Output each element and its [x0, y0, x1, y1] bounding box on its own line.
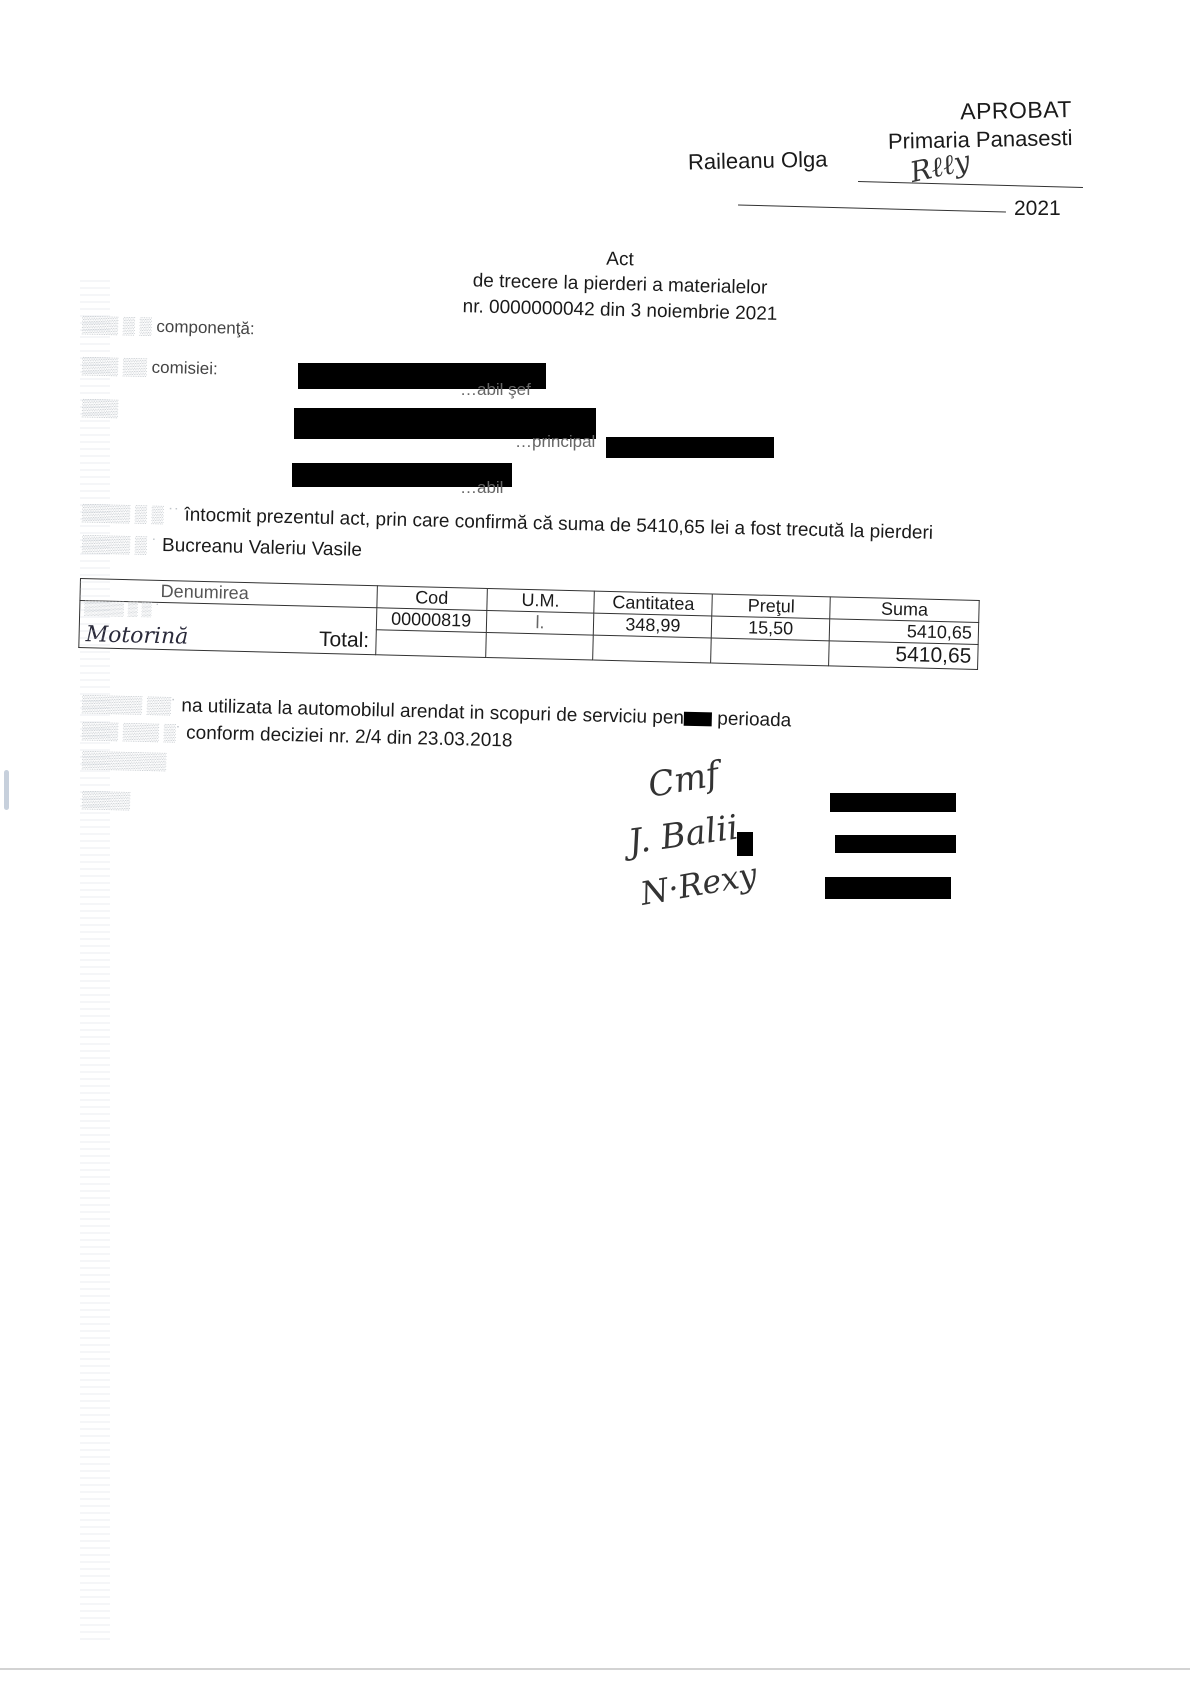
total-label: Total:: [319, 628, 370, 653]
member-2-role: …principal: [515, 432, 595, 452]
approval-year: 2021: [1014, 197, 1061, 221]
cell-denumirea: ▒▒▒▒ ▒ ▒ ˙ Motorină Total:: [79, 601, 377, 655]
cell-pretul: 15,50: [712, 616, 830, 641]
signature-2: J. Balii: [626, 808, 741, 863]
statement-line-2: ▒▒▒▒ ▒ ˙ Bucreanu Valeriu Vasile: [82, 533, 362, 562]
cell-cod: 00000819: [376, 608, 486, 633]
redacted-signature-mark: [737, 832, 753, 856]
redacted-word: [684, 712, 712, 727]
scan-bottom-edge: [0, 1668, 1190, 1670]
member-1-role: …abil şef: [460, 380, 531, 400]
scan-smudge: [4, 770, 9, 810]
header-pretul: Preţul: [712, 594, 830, 619]
redacted-signatory-2: [835, 835, 956, 853]
approval-signature-line: [858, 181, 1083, 188]
redacted-signatory-3: [825, 877, 951, 899]
redacted-member-2-name: [606, 437, 774, 458]
approval-date-line: [738, 204, 1006, 212]
approver-name: Raileanu Olga: [688, 147, 828, 176]
scanned-document-page: APROBAT Primaria Panasesti Raileanu Olga…: [0, 0, 1190, 1683]
redacted-signatory-1: [830, 793, 956, 812]
approval-block: APROBAT Primaria Panasesti: [887, 96, 1073, 155]
approval-institution: Primaria Panasesti: [888, 125, 1073, 155]
member-3-role: …abil: [460, 478, 503, 498]
total-value: 5410,65: [829, 641, 978, 670]
scan-margin-artifact: [80, 280, 110, 1640]
signature-3: N·Rexy: [638, 855, 760, 913]
cell-cantitatea: 348,99: [594, 613, 712, 638]
note-line-2: ▒▒▒ ▒▒▒ ▒˙ conform deciziei nr. 2/4 din …: [82, 720, 513, 753]
header-cod: Cod: [376, 586, 486, 611]
materials-table: Denumirea Cod U.M. Cantitatea Preţul Sum…: [78, 578, 979, 670]
header-cantitatea: Cantitatea: [594, 591, 712, 616]
signature-1: Cmf: [645, 754, 722, 806]
approval-status: APROBAT: [887, 96, 1072, 127]
cell-um: l.: [486, 610, 594, 635]
header-um: U.M.: [486, 588, 594, 613]
